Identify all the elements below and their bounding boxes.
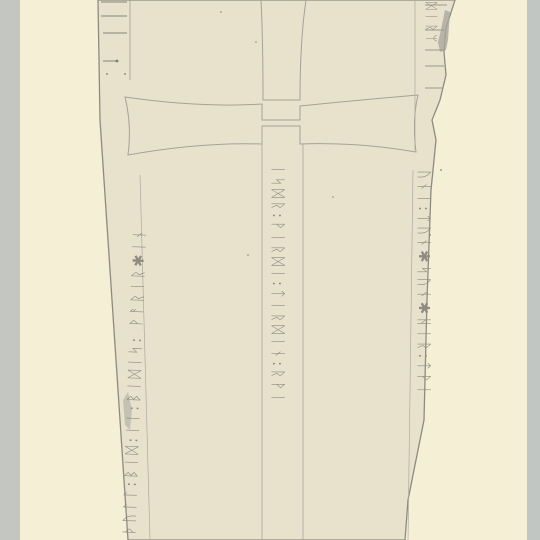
top-right-rune-band: ᛞᛁᚱᛘ [423, 2, 438, 45]
center-rune-band: ᛁᛋᛞᚱ:ᚹᛁᚱᛞᛁ:ᛏᛁᚱᛞᛁᚾ:ᚱᚹᛁ [269, 165, 287, 405]
runestone-drawing: ᚦᚢᛚᛚ:ᛒᛁᛞ:ᛁᛁ:ᛒᛁᛞᛁᛋ: ᚹᚨᚱᛁᚱ✱ᛁᚾ ᛁᛋᛞᚱ:ᚹᛁᚱᛞᛁ:ᛏ… [0, 0, 540, 540]
right-rune-band: ᚢᚾᛁ:ᛏᚢᚾ✱ᛋᚢᚾ✱ᚺᛁᚱ:ᛏᚹᛁ [415, 170, 433, 397]
